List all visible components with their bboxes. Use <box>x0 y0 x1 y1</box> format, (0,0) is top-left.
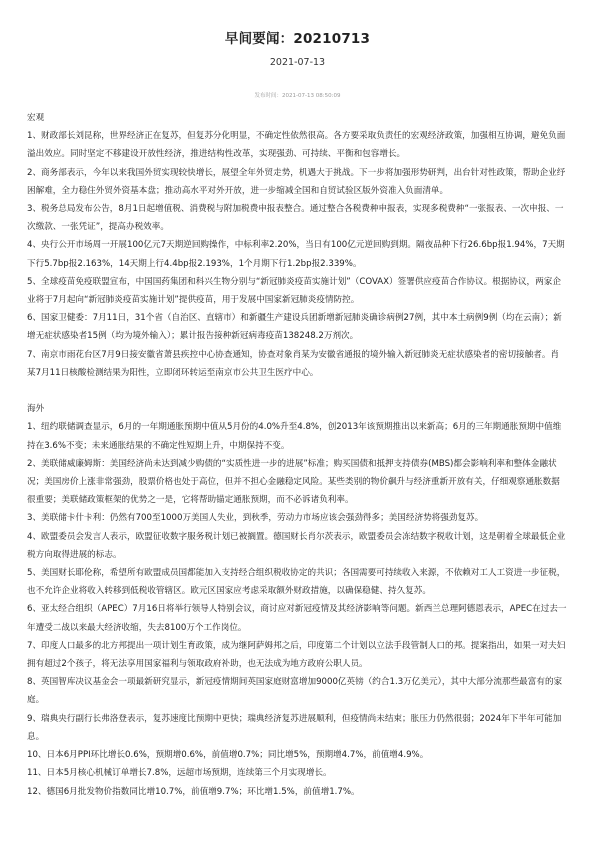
news-item: 4、欧盟委员会发言人表示，欧盟征收数字服务税计划已被搁置。德国财长肖尔茨表示，欧… <box>27 528 567 564</box>
news-item: 3、税务总局发布公告，8月1日起增值税、消费税与附加税费申报表整合。通过整合各税… <box>27 200 567 236</box>
section-spacer <box>27 382 567 400</box>
news-item: 7、印度人口最多的北方邦提出一项计划生育政策，成为继阿萨姆邦之后，印度第二个计划… <box>27 637 567 673</box>
news-item: 1、财政部长刘昆称，世界经济正在复苏，但复苏分化明显，不确定性依然很高。各方要采… <box>27 127 567 163</box>
news-item: 12、德国6月批发物价指数同比增10.7%，前值增9.7%；环比增1.5%，前值… <box>27 783 567 801</box>
publish-time: 发布时间：2021-07-13 08:50:09 <box>0 91 595 99</box>
news-item: 1、纽约联储调查显示，6月的一年期通胀预期中值从5月份的4.0%升至4.8%，创… <box>27 418 567 454</box>
news-item: 10、日本6月PPI环比增长0.6%，预期增0.6%，前值增0.7%；同比增5%… <box>27 746 567 764</box>
news-item: 9、瑞典央行副行长弗洛登表示，复苏速度比预期中更快；瑞典经济复苏进展顺利，但疫情… <box>27 710 567 746</box>
article-body: 宏观 1、财政部长刘昆称，世界经济正在复苏，但复苏分化明显，不确定性依然很高。各… <box>27 109 567 801</box>
news-item: 4、央行公开市场周一开展100亿元7天期逆回购操作，中标利率2.20%，当日有1… <box>27 236 567 272</box>
section-overseas: 海外 1、纽约联储调查显示，6月的一年期通胀预期中值从5月份的4.0%升至4.8… <box>27 400 567 800</box>
news-item: 2、商务部表示，今年以来我国外贸实现较快增长，展望全年外贸走势，机遇大于挑战。下… <box>27 164 567 200</box>
news-item: 5、全球疫苗免疫联盟宣布，中国国药集团和科兴生物分别与“新冠肺炎疫苗实施计划”（… <box>27 273 567 309</box>
news-item: 6、亚太经合组织（APEC）7月16日将举行领导人特别会议，商讨应对新冠疫情及其… <box>27 600 567 636</box>
news-item: 11、日本5月核心机械订单增长7.8%，远超市场预期，连续第三个月实现增长。 <box>27 764 567 782</box>
section-heading: 海外 <box>27 400 567 418</box>
news-item: 8、英国智库决议基金会一项最新研究显示，新冠疫情期间英国家庭财富增加9000亿英… <box>27 673 567 709</box>
news-item: 2、美联储威廉姆斯：美国经济尚未达到减少购债的“实质性进一步的进展”标准；购买国… <box>27 455 567 510</box>
news-item: 5、美国财长耶伦称，希望所有欧盟成员国都能加入支持经合组织税收协定的共识；各国需… <box>27 564 567 600</box>
news-item: 7、南京市雨花台区7月9日接安徽省萧县疾控中心协查通知，协查对象肖某为安徽省通报… <box>27 346 567 382</box>
section-heading: 宏观 <box>27 109 567 127</box>
section-macro: 宏观 1、财政部长刘昆称，世界经济正在复苏，但复苏分化明显，不确定性依然很高。各… <box>27 109 567 382</box>
page-title: 早间要闻：20210713 <box>0 27 595 47</box>
news-item: 3、美联储卡什卡利：仍然有700至1000万美国人失业，到秋季，劳动力市场应该会… <box>27 509 567 527</box>
page-date: 2021-07-13 <box>0 57 595 68</box>
news-item: 6、国家卫健委：7月11日，31个省（自治区、直辖市）和新疆生产建设兵团新增新冠… <box>27 309 567 345</box>
